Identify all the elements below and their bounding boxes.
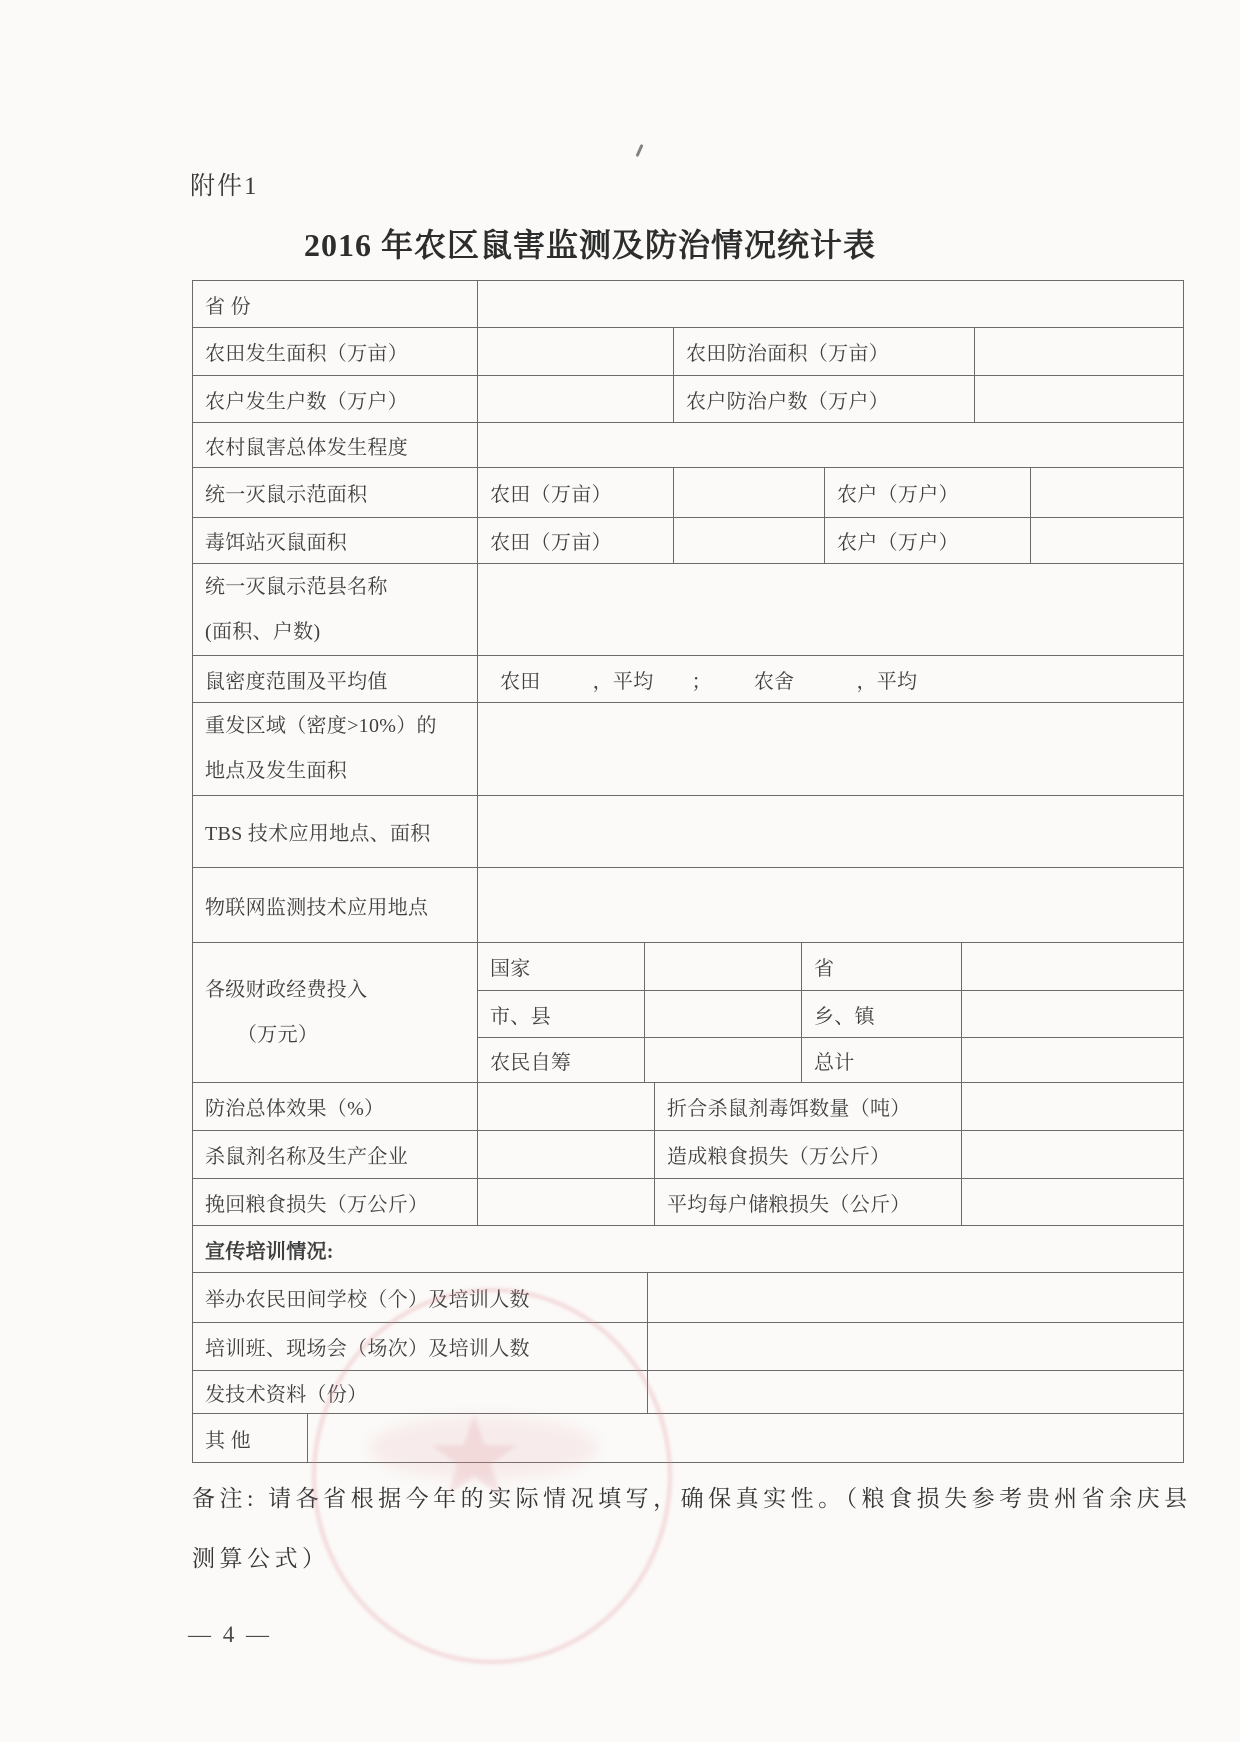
funding-farmer-label: 农民自筹 <box>478 1038 645 1083</box>
row-demo-county: 统一灭鼠示范县名称 (面积、户数) <box>193 564 1184 656</box>
other-value-cell <box>308 1414 1184 1463</box>
rat-density-label: 鼠密度范围及平均值 <box>193 656 478 703</box>
funding-farmer-value-cell <box>645 1038 802 1083</box>
rat-density-avg2-label: ，平均 <box>856 665 917 694</box>
bait-station-label: 毒饵站灭鼠面积 <box>193 518 478 564</box>
row-rodenticide: 杀鼠剂名称及生产企业 造成粮食损失（万公斤） <box>193 1131 1184 1179</box>
grain-saved-label: 挽回粮食损失（万公斤） <box>193 1179 478 1226</box>
funding-label-line1: 各级财政经费投入 <box>205 968 367 1013</box>
training-class-value-cell <box>648 1323 1184 1371</box>
grain-saved-value-cell <box>478 1179 655 1226</box>
tbs-value-cell <box>478 796 1184 868</box>
occurrence-right-value-cell <box>975 328 1184 376</box>
funding-city-county-label: 市、县 <box>478 991 645 1038</box>
row-materials: 发技术资料（份） <box>193 1371 1184 1414</box>
row-province: 省 份 <box>193 281 1184 328</box>
statistics-table: 省 份 农田发生面积（万亩） 农田防治面积（万亩） 农户发生户数（万户） 农户防… <box>192 280 1184 1463</box>
households-right-value-cell <box>975 376 1184 423</box>
funding-total-label: 总计 <box>802 1038 962 1083</box>
training-class-label: 培训班、现场会（场次）及培训人数 <box>193 1323 648 1371</box>
funding-subrow-national: 国家 省 <box>478 943 1184 991</box>
rat-density-avg1-label: ，平均 <box>593 665 654 694</box>
funding-province-label: 省 <box>802 943 962 991</box>
iot-label: 物联网监测技术应用地点 <box>193 868 478 943</box>
control-effect-label: 防治总体效果（%） <box>193 1083 478 1131</box>
field-school-label: 举办农民田间学校（个）及培训人数 <box>193 1273 648 1323</box>
row-other: 其 他 <box>193 1414 1184 1463</box>
overall-degree-label: 农村鼠害总体发生程度 <box>193 423 478 468</box>
occurrence-right-label: 农田防治面积（万亩） <box>674 328 975 376</box>
rat-density-content-cell: 农田 ，平均 ； 农舍 ，平均 <box>478 656 1184 703</box>
unified-demo-household-label: 农户（万户） <box>825 468 1031 518</box>
row-training-header: 宣传培训情况: <box>193 1226 1184 1273</box>
control-effect-value-cell <box>478 1083 655 1131</box>
grain-loss-value-cell <box>962 1131 1184 1179</box>
funding-label: 各级财政经费投入 （万元） <box>193 943 478 1083</box>
funding-total-value-cell <box>962 1038 1184 1083</box>
demo-county-label-line2: (面积、户数) <box>205 610 320 655</box>
row-occurrence-area: 农田发生面积（万亩） 农田防治面积（万亩） <box>193 328 1184 376</box>
funding-subrow-farmer: 农民自筹 总计 <box>478 1038 1184 1083</box>
row-rat-density: 鼠密度范围及平均值 农田 ，平均 ； 农舍 ，平均 <box>193 656 1184 703</box>
severe-area-value-cell <box>478 703 1184 796</box>
bait-station-farmland-label: 农田（万亩） <box>478 518 674 564</box>
row-grain-saved: 挽回粮食损失（万公斤） 平均每户储粮损失（公斤） <box>193 1179 1184 1226</box>
bait-quantity-label: 折合杀鼠剂毒饵数量（吨） <box>655 1083 962 1131</box>
households-right-label: 农户防治户数（万户） <box>674 376 975 423</box>
bait-quantity-value-cell <box>962 1083 1184 1131</box>
other-label: 其 他 <box>193 1414 308 1463</box>
occurrence-left-label: 农田发生面积（万亩） <box>193 328 478 376</box>
severe-area-label-line1: 重发区域（密度>10%）的 <box>205 704 437 749</box>
demo-county-label: 统一灭鼠示范县名称 (面积、户数) <box>193 564 478 656</box>
storage-loss-label: 平均每户储粮损失（公斤） <box>655 1179 962 1226</box>
bait-station-household-label: 农户（万户） <box>825 518 1031 564</box>
row-overall-degree: 农村鼠害总体发生程度 <box>193 423 1184 468</box>
unified-demo-household-value-cell <box>1031 468 1184 518</box>
training-header-label: 宣传培训情况: <box>193 1226 1184 1273</box>
demo-county-value-cell <box>478 564 1184 656</box>
row-control-effect: 防治总体效果（%） 折合杀鼠剂毒饵数量（吨） <box>193 1083 1184 1131</box>
severe-area-label: 重发区域（密度>10%）的 地点及发生面积 <box>193 703 478 796</box>
funding-national-value-cell <box>645 943 802 991</box>
row-funding: 各级财政经费投入 （万元） 国家 省 市、县 乡、镇 农民自筹 <box>193 943 1184 1083</box>
rat-density-farmland-label: 农田 <box>500 665 541 694</box>
rodenticide-label: 杀鼠剂名称及生产企业 <box>193 1131 478 1179</box>
scan-speck <box>635 144 643 157</box>
grain-loss-label: 造成粮食损失（万公斤） <box>655 1131 962 1179</box>
note-line2: 测算公式） <box>192 1540 330 1573</box>
page-number: — 4 — <box>188 1622 272 1648</box>
row-severe-area: 重发区域（密度>10%）的 地点及发生面积 <box>193 703 1184 796</box>
row-households: 农户发生户数（万户） 农户防治户数（万户） <box>193 376 1184 423</box>
unified-demo-farmland-label: 农田（万亩） <box>478 468 674 518</box>
province-value-cell <box>478 281 1184 328</box>
iot-value-cell <box>478 868 1184 943</box>
note-line1: 备注: 请各省根据今年的实际情况填写，确保真实性。（粮食损失参考贵州省余庆县 <box>192 1480 1192 1513</box>
funding-national-label: 国家 <box>478 943 645 991</box>
funding-label-line2: （万元） <box>237 1013 318 1058</box>
row-tbs: TBS 技术应用地点、面积 <box>193 796 1184 868</box>
households-left-value-cell <box>478 376 674 423</box>
funding-city-county-value-cell <box>645 991 802 1038</box>
materials-value-cell <box>648 1371 1184 1414</box>
field-school-value-cell <box>648 1273 1184 1323</box>
funding-grid: 国家 省 市、县 乡、镇 农民自筹 总计 <box>478 943 1184 1083</box>
households-left-label: 农户发生户数（万户） <box>193 376 478 423</box>
row-iot: 物联网监测技术应用地点 <box>193 868 1184 943</box>
row-training-class: 培训班、现场会（场次）及培训人数 <box>193 1323 1184 1371</box>
unified-demo-label: 统一灭鼠示范面积 <box>193 468 478 518</box>
row-field-school: 举办农民田间学校（个）及培训人数 <box>193 1273 1184 1323</box>
severe-area-label-line2: 地点及发生面积 <box>205 749 347 794</box>
province-label: 省 份 <box>193 281 478 328</box>
bait-station-household-value-cell <box>1031 518 1184 564</box>
row-bait-station-area: 毒饵站灭鼠面积 农田（万亩） 农户（万户） <box>193 518 1184 564</box>
funding-subrow-city: 市、县 乡、镇 <box>478 991 1184 1038</box>
funding-province-value-cell <box>962 943 1184 991</box>
materials-label: 发技术资料（份） <box>193 1371 648 1414</box>
storage-loss-value-cell <box>962 1179 1184 1226</box>
unified-demo-farmland-value-cell <box>674 468 825 518</box>
scanned-document-page: 附件1 2016 年农区鼠害监测及防治情况统计表 省 份 农田发生面积（万亩） … <box>0 0 1240 1742</box>
occurrence-left-value-cell <box>478 328 674 376</box>
rodenticide-value-cell <box>478 1131 655 1179</box>
attachment-label: 附件1 <box>190 166 259 202</box>
rat-density-house-label: 农舍 <box>754 665 795 694</box>
row-unified-demo-area: 统一灭鼠示范面积 农田（万亩） 农户（万户） <box>193 468 1184 518</box>
funding-township-value-cell <box>962 991 1184 1038</box>
document-title: 2016 年农区鼠害监测及防治情况统计表 <box>0 220 1180 266</box>
funding-township-label: 乡、镇 <box>802 991 962 1038</box>
rat-density-separator: ； <box>692 665 712 694</box>
demo-county-label-line1: 统一灭鼠示范县名称 <box>205 565 388 610</box>
tbs-label: TBS 技术应用地点、面积 <box>193 796 478 868</box>
overall-degree-value-cell <box>478 423 1184 468</box>
bait-station-farmland-value-cell <box>674 518 825 564</box>
